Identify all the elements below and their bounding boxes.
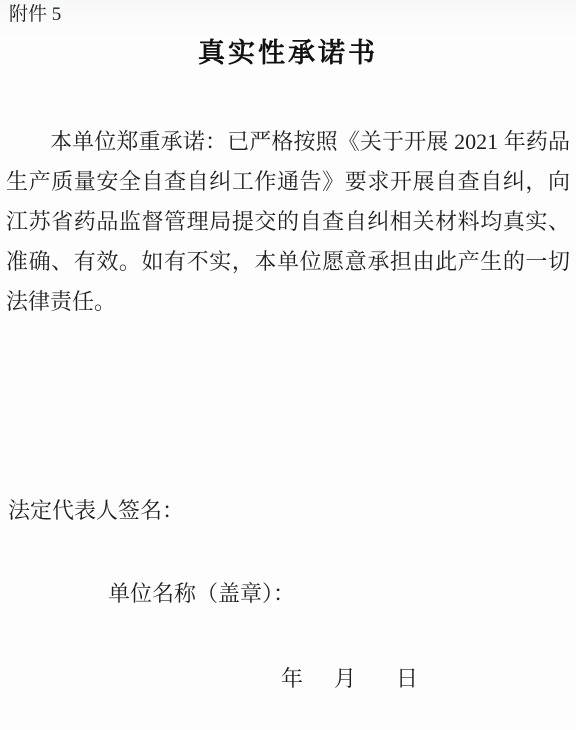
commitment-paragraph: 本单位郑重承诺：已严格按照《关于开展 2021 年药品生产质量安全自查自纠工作通… [6,122,570,322]
document-title: 真实性承诺书 [0,37,576,69]
document-page: 附件 5 真实性承诺书 本单位郑重承诺：已严格按照《关于开展 2021 年药品生… [0,0,576,730]
date-year-label: 年 [281,666,303,691]
company-name-seal-label: 单位名称（盖章）： [108,579,295,609]
date-month-label: 月 [334,666,356,691]
attachment-label: 附件 5 [9,3,61,27]
legal-representative-signature-label: 法定代表人签名： [8,496,184,526]
date-day-label: 日 [396,666,418,691]
date-line: 年月日 [281,664,418,694]
